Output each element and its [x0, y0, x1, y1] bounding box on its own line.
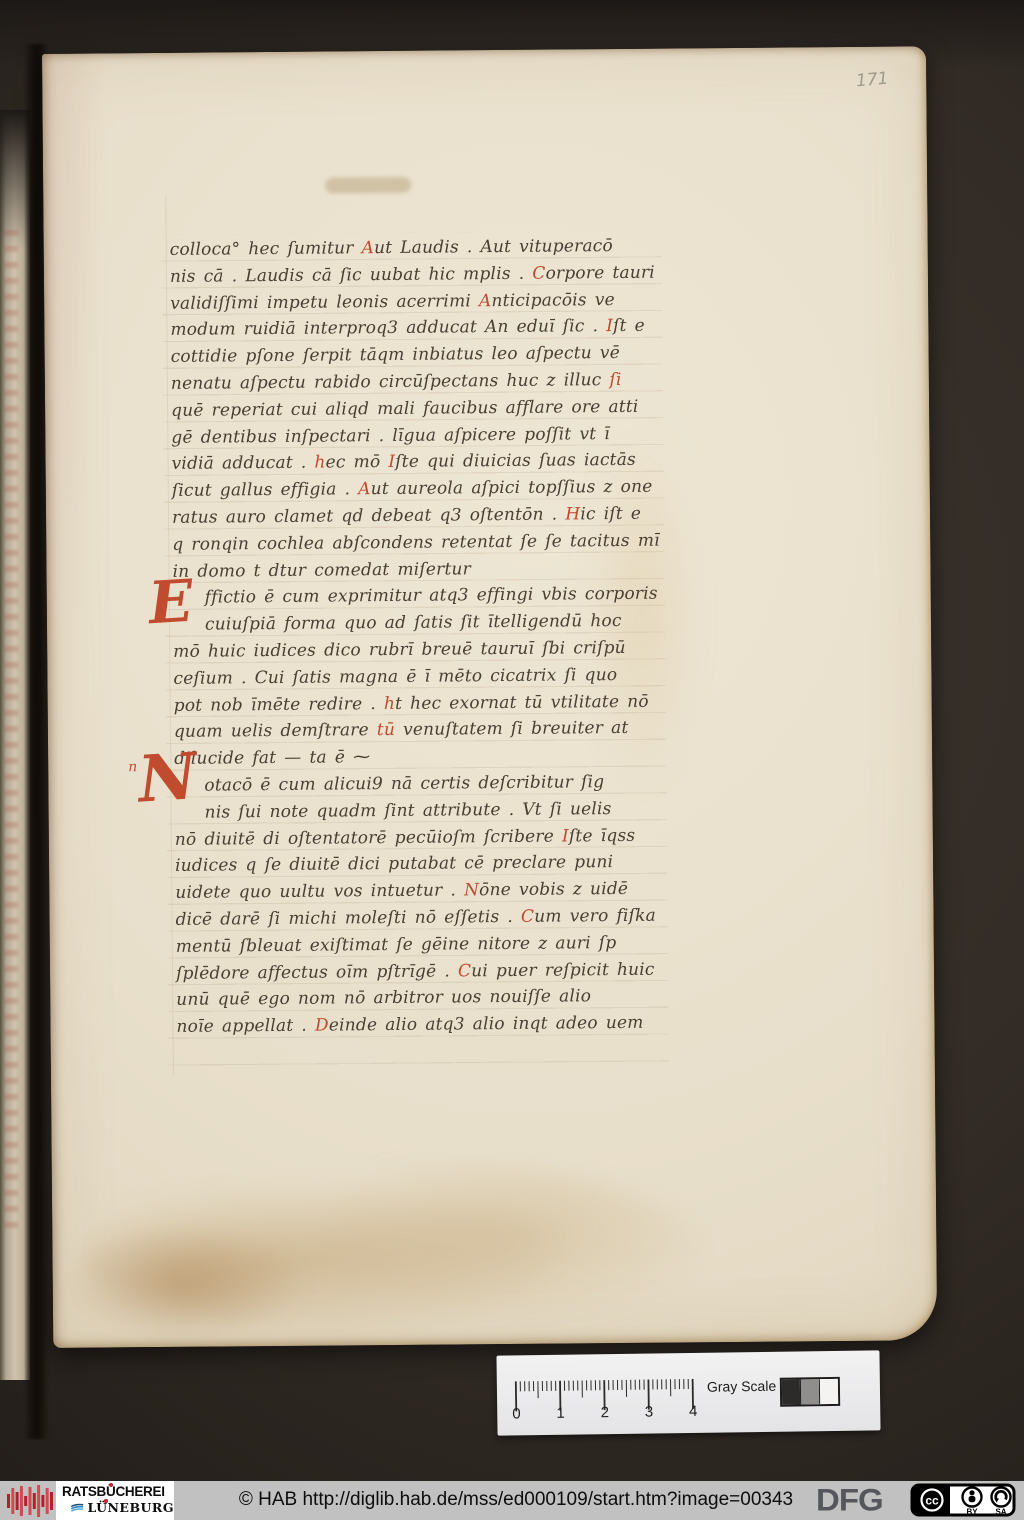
ruler-number: 1	[556, 1405, 565, 1422]
rubric-text: H	[565, 504, 580, 524]
ruler-number: 4	[689, 1403, 698, 1420]
rubric-text: C	[532, 263, 545, 283]
ink-text: nenatu aſpectu rabido circūſpectans huc …	[171, 370, 610, 394]
dfg-logo: DFG	[816, 1482, 883, 1518]
manuscript-line: gē dentibus inſpectari . līgua aſpicere …	[171, 420, 657, 451]
patch-mid	[800, 1379, 819, 1404]
ink-text: ſicut gallus effigia .	[172, 479, 359, 501]
ink-text: vidiā adducat .	[171, 453, 314, 474]
rubric-text: A	[361, 238, 374, 258]
manuscript-line: dilucide fat — ta ē ⁓	[174, 742, 660, 773]
ink-text: in domo t dtur comedat miſertur	[172, 559, 471, 582]
manuscript-line: cuiuſpiā forma quo ad ſatis ſit ītellige…	[173, 608, 659, 639]
ink-text: mentū ſbleuat exiſtimat ſe gēine nitore …	[176, 933, 617, 957]
margin-guide-letter: n	[128, 759, 137, 775]
manuscript-page: colloca° hec ſumitur Aut Laudis . Aut vi…	[42, 46, 937, 1348]
ink-text: t hec exornat tū vtilitate nō	[395, 691, 649, 713]
ink-text: ic iſt e	[580, 504, 641, 525]
ink-text: quē reperiat cui aliqd mali faucibus aff…	[171, 397, 639, 421]
manuscript-line: quam uelis demſtrare tū venuſtatem ſi br…	[174, 715, 660, 746]
ink-text: ſte qui diuicias ſuas iactās	[395, 450, 636, 472]
ink-text: nis cā . Laudis cā ſic uubat hic mplis .	[170, 264, 533, 287]
rubric-text: h	[384, 693, 395, 713]
manuscript-line: in domo t dtur comedat miſertur	[172, 554, 658, 585]
red-bars-icon	[5, 1483, 55, 1519]
cc-letters: cc	[925, 1494, 939, 1508]
gray-scale-patches	[780, 1377, 840, 1407]
image-caption: © HAB http://diglib.hab.de/mss/ed000109/…	[230, 1489, 802, 1511]
ink-text: dilucide fat — ta ē ⁓	[174, 747, 370, 769]
by-label: BY	[966, 1508, 978, 1517]
ink-text: orpore tauri	[545, 262, 655, 283]
person-circle-icon	[963, 1488, 982, 1507]
library-name: RATSBÜCHEREI	[62, 1484, 174, 1499]
manuscript-line: q ronqin cochlea abſcondens retentat ſe …	[172, 527, 658, 558]
ink-text: validiſſimi impetu leonis acerrimi	[170, 291, 479, 314]
erased-inscription	[325, 177, 411, 194]
manuscript-line: quē reperiat cui aliqd mali faucibus aff…	[171, 393, 657, 424]
ink-text: um vero fiſka	[534, 906, 656, 927]
ink-text: ſplēdore affectus oīm pſtrīgē .	[176, 961, 458, 983]
ink-text: noīe appellat .	[176, 1016, 315, 1037]
ink-text: ſt e	[613, 316, 645, 336]
parchment-stain	[82, 1158, 704, 1343]
ink-text: dicē darē ſi michi moleſti nō eſſetis .	[175, 907, 521, 930]
ink-text: ut Laudis . Aut vituperacō	[374, 236, 613, 258]
ink-text: ſte īqss	[569, 825, 636, 846]
rubric-text: tū	[377, 720, 395, 740]
ink-text: einde alio atq3 alio inqt adeo uem	[329, 1013, 644, 1036]
manuscript-line: validiſſimi impetu leonis acerrimi Antic…	[170, 286, 656, 317]
rubric-text: ſi	[609, 370, 621, 390]
gray-scale-card: 01234 Gray Scale	[496, 1350, 880, 1435]
manuscript-line: vidiā adducat . hec mō Iſte qui diuicias…	[171, 447, 657, 478]
manuscript-line: ſicut gallus effigia . Aut aureola aſpic…	[172, 474, 658, 505]
umlaut-dot	[104, 1499, 108, 1503]
umlaut-dot	[109, 1483, 113, 1487]
ruler-number: 2	[601, 1404, 610, 1421]
ink-text: nō diuitē di oſtentatorē pecūioſm ſcribe…	[175, 826, 562, 849]
folio-number: 171	[855, 69, 889, 92]
manuscript-line: uidete quo uultu vos intuetur . Nōne vob…	[175, 876, 661, 907]
ink-text: ui puer reſpicit huic	[471, 959, 655, 981]
rubric-initial-n: N	[136, 745, 198, 812]
manuscript-line: dicē darē ſi michi moleſti nō eſſetis . …	[175, 903, 661, 934]
ink-text: quam uelis demſtrare	[174, 720, 377, 742]
ink-text: nis ſui note quadm ſint attribute . Vt ſ…	[205, 799, 612, 823]
ink-text: unū quē ego nom nō arbitror uos nouiſſe …	[176, 987, 591, 1011]
manuscript-line: mentū ſbleuat exiſtimat ſe gēine nitore …	[176, 929, 662, 960]
rubric-text: A	[358, 479, 371, 499]
manuscript-line: ſplēdore affectus oīm pſtrīgē . Cui puer…	[176, 956, 662, 987]
manuscript-line: cottidie pſone ſerpit tāqm inbiatus leo …	[171, 340, 657, 371]
cc-license-badge: cc BY SA	[910, 1483, 1016, 1517]
manuscript-text: colloca° hec ſumitur Aut Laudis . Aut vi…	[170, 233, 663, 1041]
blue-book-icon	[70, 1500, 85, 1515]
manuscript-line: noīe appellat . Deinde alio atq3 alio in…	[176, 1010, 662, 1041]
patch-dark	[782, 1379, 800, 1404]
ink-text: ffictio ē cum exprimitur atq3 effingi vb…	[205, 584, 658, 608]
library-city: LÜNEBURG	[88, 1500, 175, 1515]
digitized-manuscript-viewer: { "photo": { "folio_number": "171", "bac…	[0, 0, 1024, 1520]
ink-text: otacō ē cum alicui9 nā certis deſcribitu…	[204, 772, 604, 795]
ink-text: ut aureola aſpici topſſius z one	[371, 477, 653, 499]
ink-text: ōne vobis z uidē	[479, 879, 628, 900]
ruler-number: 3	[645, 1403, 654, 1420]
rubric-text: N	[464, 880, 479, 900]
rubric-text: A	[479, 291, 492, 311]
manuscript-line: modum ruidiā interproq3 adducat An eduī …	[170, 313, 656, 344]
rubric-text: C	[458, 961, 471, 981]
rubric-text: D	[315, 1016, 329, 1036]
ink-text: cottidie pſone ſerpit tāqm inbiatus leo …	[171, 343, 620, 367]
footer-bar: RATSBÜCHEREI LÜNEBURG © HAB http://digli…	[0, 1481, 1024, 1520]
manuscript-line: nis ſui note quadm ſint attribute . Vt ſ…	[175, 795, 661, 826]
ink-text: iudices q ſe diuitē dici putabat cē prec…	[175, 852, 613, 876]
gray-scale-label: Gray Scale	[707, 1378, 776, 1395]
manuscript-line: ratus auro clamet qd debeat q3 oſtentōn …	[172, 501, 658, 532]
ink-text: nticipacōis ve	[491, 290, 615, 311]
ink-text: ceſium . Cui ſatis magna ē ī mēto cicatr…	[173, 665, 617, 689]
rubric-initial-e: E	[147, 572, 195, 633]
manuscript-line: pot nob īmēte redire . ht hec exornat tū…	[174, 688, 660, 719]
ink-text: ratus auro clamet qd debeat q3 oſtentōn …	[172, 504, 565, 527]
manuscript-line: unū quē ego nom nō arbitror uos nouiſſe …	[176, 983, 662, 1014]
manuscript-line: ceſium . Cui ſatis magna ē ī mēto cicatr…	[173, 661, 659, 692]
ink-text: uidete quo uultu vos intuetur .	[175, 880, 464, 903]
ink-text: modum ruidiā interproq3 adducat An eduī …	[170, 316, 606, 340]
ruler-number: 0	[512, 1405, 521, 1422]
ink-text: gē dentibus inſpectari . līgua aſpicere …	[171, 424, 610, 448]
manuscript-line: iudices q ſe diuitē dici putabat cē prec…	[175, 849, 661, 880]
manuscript-line: nis cā . Laudis cā ſic uubat hic mplis .…	[170, 259, 656, 290]
library-logo: RATSBÜCHEREI LÜNEBURG	[56, 1481, 174, 1520]
manuscript-line: nō diuitē di oſtentatorē pecūioſm ſcribe…	[175, 822, 661, 853]
manuscript-line: otacō ē cum alicui9 nā certis deſcribitu…	[174, 769, 660, 800]
ink-text: cuiuſpiā forma quo ad ſatis ſit ītellige…	[205, 611, 622, 635]
ink-text: colloca° hec ſumitur	[170, 238, 362, 260]
manuscript-line: colloca° hec ſumitur Aut Laudis . Aut vi…	[170, 233, 656, 264]
share-alike-circle-icon	[992, 1488, 1011, 1507]
rubric-text: C	[521, 907, 534, 927]
photo-background: colloca° hec ſumitur Aut Laudis . Aut vi…	[0, 0, 1024, 1481]
parchment-stain	[57, 1222, 308, 1344]
ink-text: venuſtatem ſi breuiter at	[395, 718, 629, 740]
ink-text: ec mō	[326, 452, 389, 473]
rubric-text: h	[314, 453, 325, 473]
ink-text: pot nob īmēte redire .	[174, 694, 384, 716]
manuscript-line: mō huic iudices dico rubrī breuē tauruī …	[173, 635, 659, 666]
patch-light	[819, 1379, 838, 1404]
ink-text: q ronqin cochlea abſcondens retentat ſe …	[172, 530, 660, 554]
sa-label: SA	[995, 1508, 1006, 1517]
manuscript-line: ffictio ē cum exprimitur atq3 effingi vb…	[173, 581, 659, 612]
ink-text: mō huic iudices dico rubrī breuē tauruī …	[173, 638, 626, 662]
manuscript-line: nenatu aſpectu rabido circūſpectans huc …	[171, 367, 657, 398]
